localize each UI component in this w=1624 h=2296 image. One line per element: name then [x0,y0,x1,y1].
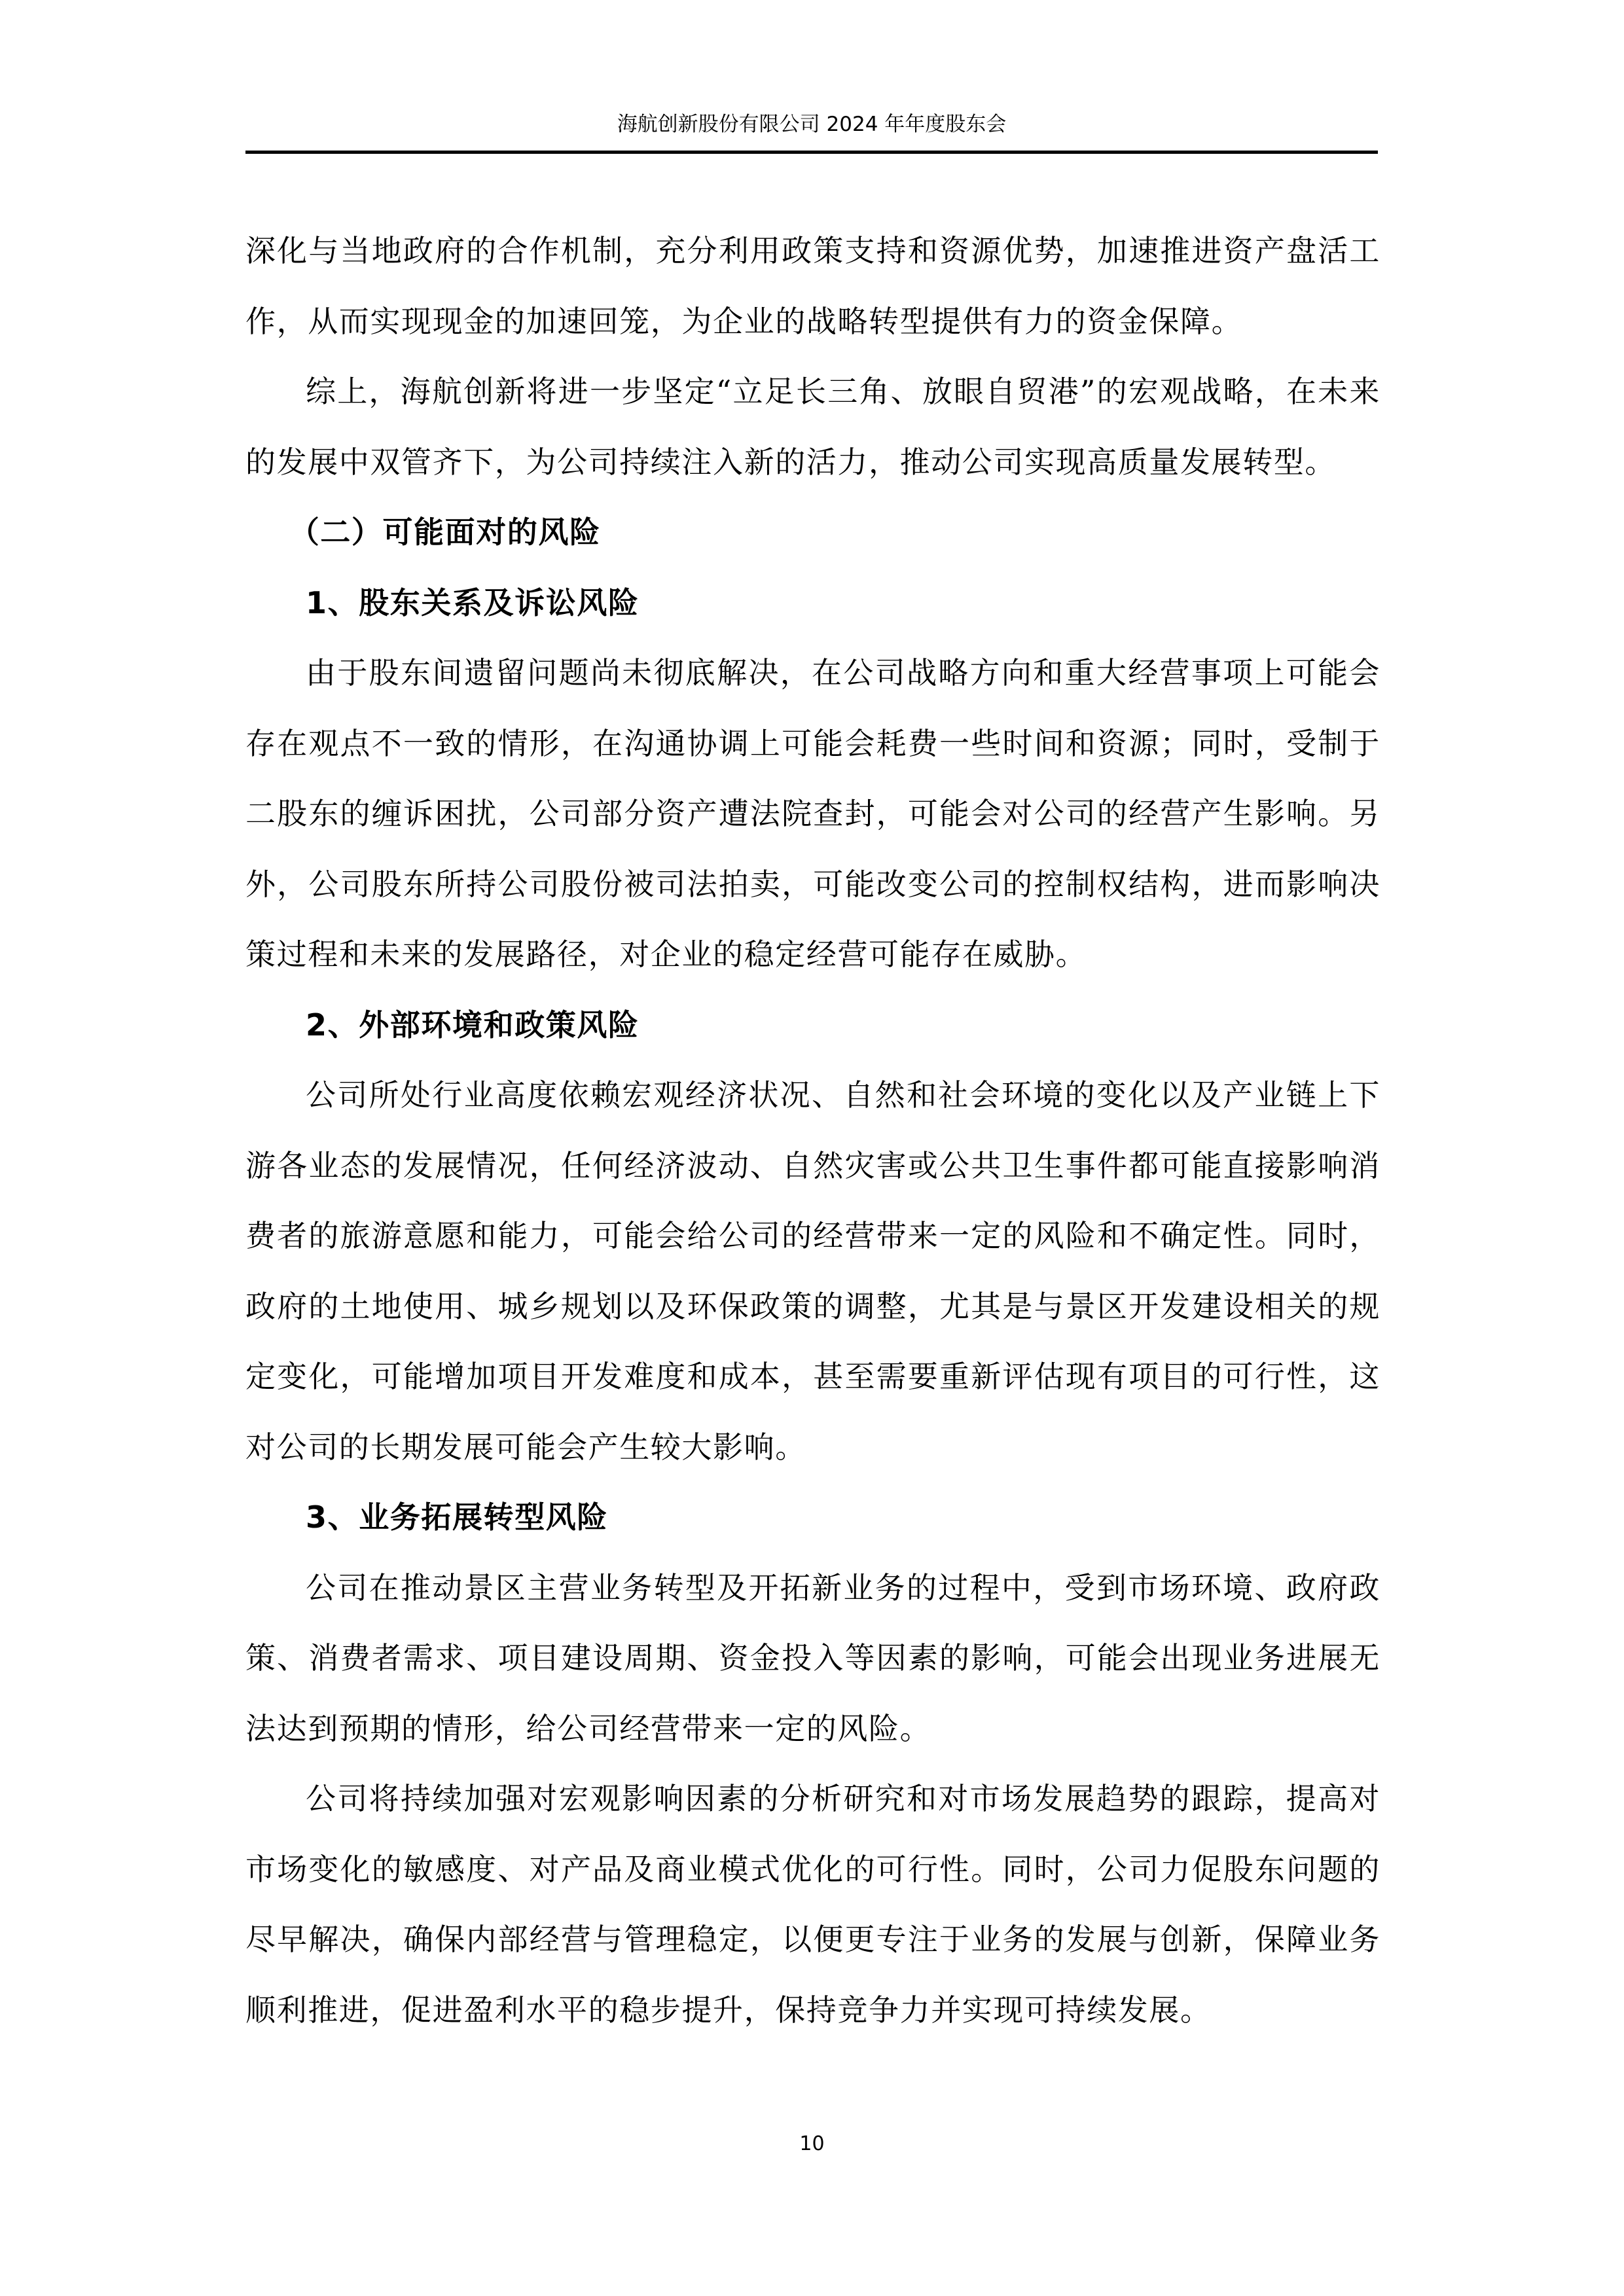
risk-text-business-transformation: 公司在推动景区主营业务转型及开拓新业务的过程中，受到市场环境、政府政策、消费者需… [245,1553,1380,1765]
risk-heading-shareholder-litigation: 1、股东关系及诉讼风险 [245,568,1380,639]
header-rule [245,151,1378,154]
section-heading-risks: （二）可能面对的风险 [245,497,1380,568]
page-number: 10 [0,2131,1624,2157]
risk-text-shareholder-litigation: 由于股东间遗留问题尚未彻底解决，在公司战略方向和重大经营事项上可能会存在观点不一… [245,638,1380,990]
paragraph-continued: 深化与当地政府的合作机制，充分利用政策支持和资源优势，加速推进资产盘活工作，从而… [245,216,1380,357]
running-header: 海航创新股份有限公司 2024 年年度股东会 [245,110,1378,139]
document-body: 深化与当地政府的合作机制，充分利用政策支持和资源优势，加速推进资产盘活工作，从而… [245,216,1380,2045]
risk-text-environment-policy: 公司所处行业高度依赖宏观经济状况、自然和社会环境的变化以及产业链上下游各业态的发… [245,1060,1380,1482]
risk-heading-business-transformation: 3、业务拓展转型风险 [245,1482,1380,1553]
paragraph-closing: 公司将持续加强对宏观影响因素的分析研究和对市场发展趋势的跟踪，提高对市场变化的敏… [245,1764,1380,2045]
paragraph-summary: 综上，海航创新将进一步坚定“立足长三角、放眼自贸港”的宏观战略，在未来的发展中双… [245,357,1380,497]
risk-heading-environment-policy: 2、外部环境和政策风险 [245,990,1380,1061]
